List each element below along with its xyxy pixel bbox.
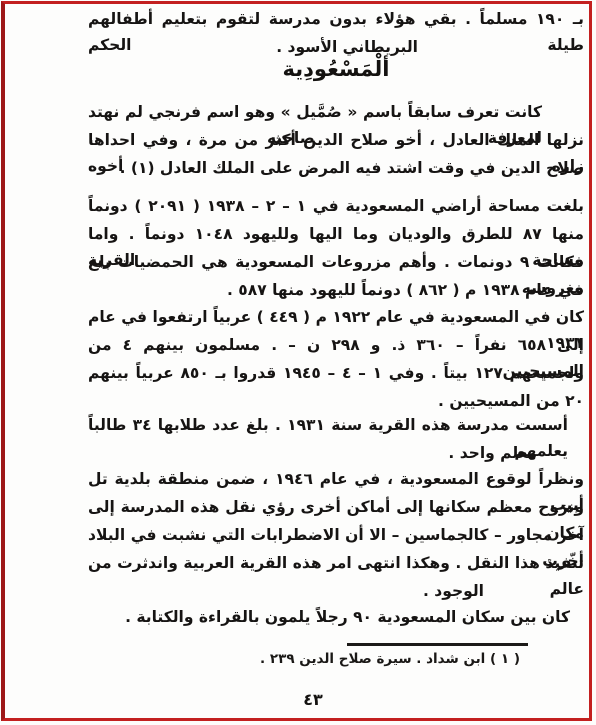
text-line: ٢٠ من المسيحيين . bbox=[88, 388, 584, 414]
page-number: ٤٣ bbox=[30, 690, 596, 709]
text-line: معلم واحد . bbox=[88, 440, 537, 466]
section-heading: ألْمَسْعُودِية bbox=[88, 57, 584, 81]
text-line: في عام ١٩٣٨ م ( ٨٦٢ ) دونماً لليهود منها… bbox=[88, 277, 584, 303]
footnote-separator bbox=[347, 643, 528, 646]
text-line: بلغت مساحة أراضي المسعودية في ١ – ٢ – ١٩… bbox=[88, 193, 584, 219]
text-line: الوجود . bbox=[88, 578, 484, 604]
footnote-text: ( ١ ) ابن شداد . سيرة صلاح الدين ٢٣٩ . bbox=[88, 651, 520, 667]
text-line: ولجميعهم ١٢٧ بيتاً . وفي ١ – ٤ – ١٩٤٥ قد… bbox=[88, 360, 584, 386]
text-line: صلاح الدين في وقت اشتد فيه المرض على الم… bbox=[88, 155, 584, 181]
text-line: كان بين سكان المسعودية ٩٠ رجلاً يلمون با… bbox=[88, 604, 570, 630]
